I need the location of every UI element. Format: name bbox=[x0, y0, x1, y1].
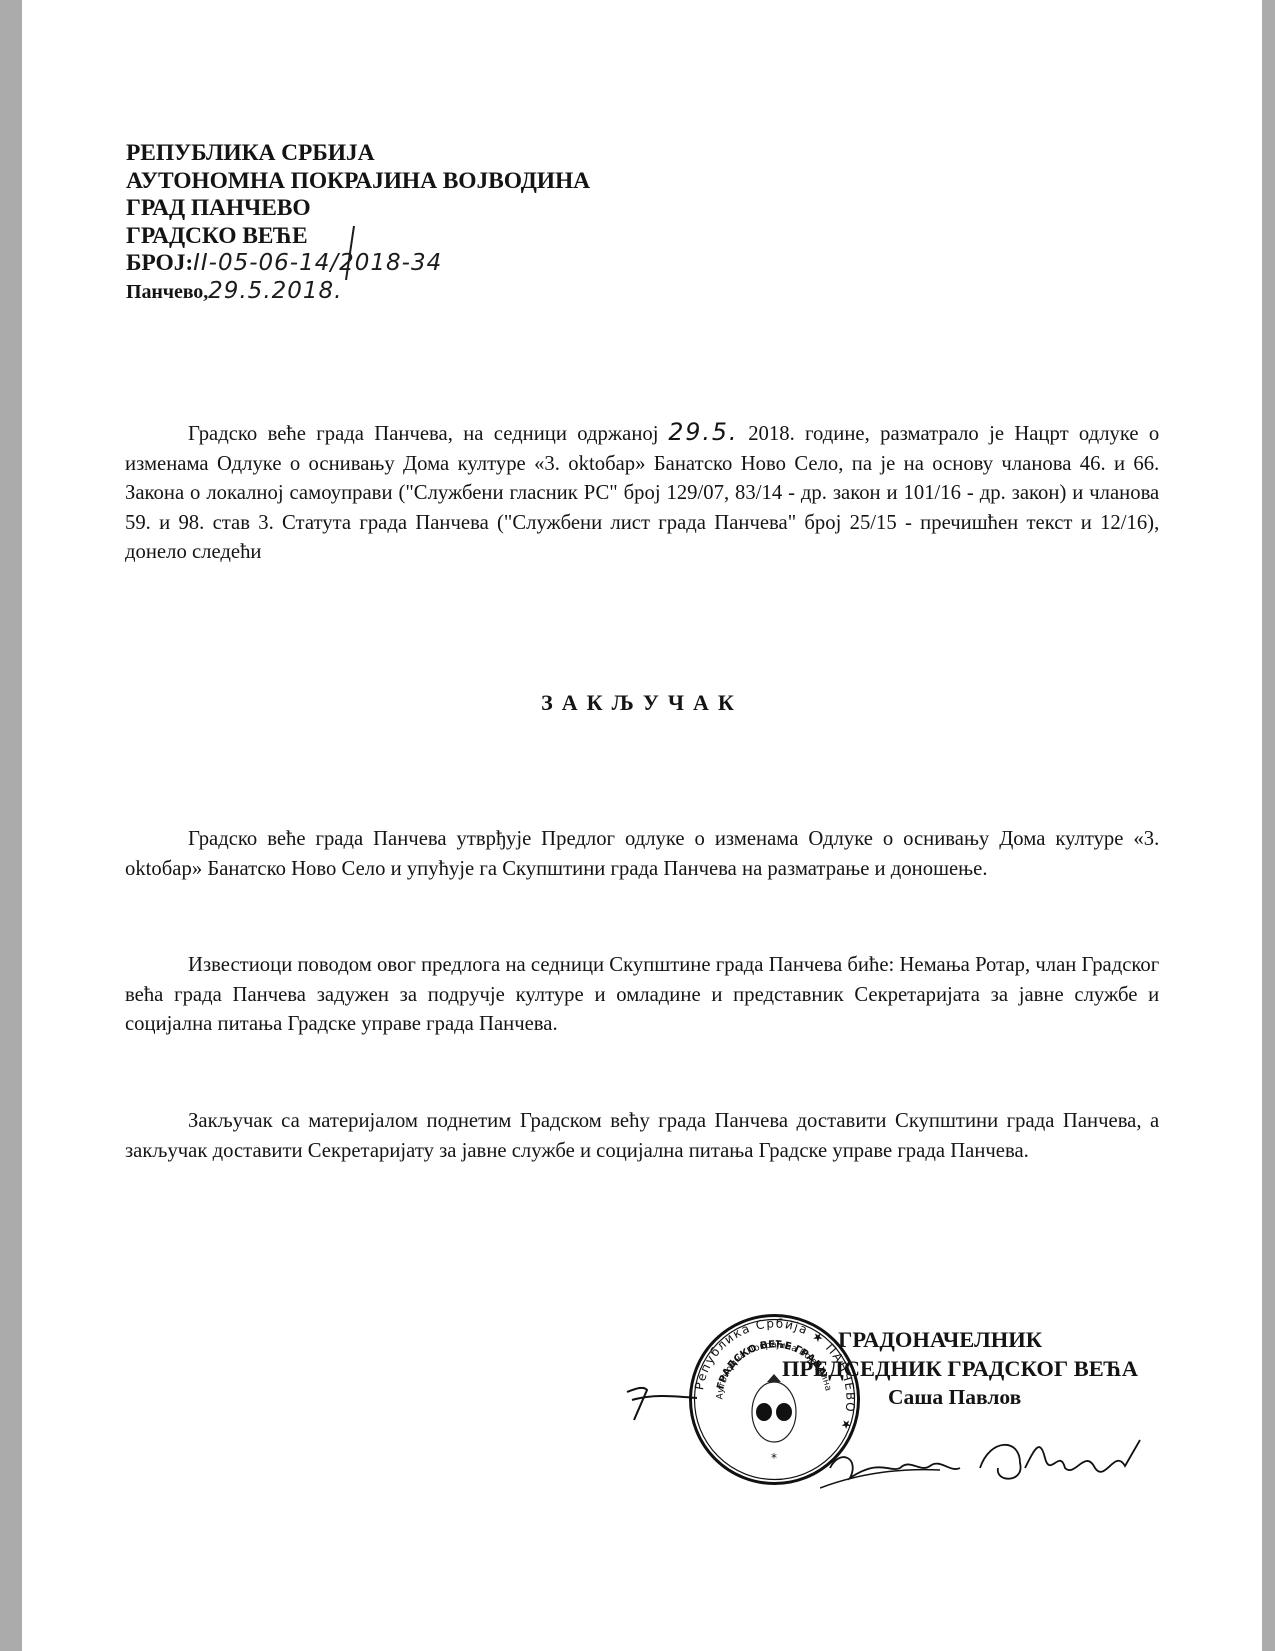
signatory-name: Саша Павлов bbox=[782, 1383, 1138, 1412]
document-page: РЕПУБЛИКА СРБИЈА АУТОНОМНА ПОКРАЈИНА ВОЈ… bbox=[22, 0, 1262, 1651]
document-title: ЗАКЉУЧАК bbox=[22, 690, 1262, 716]
session-date-handwritten: 29.5. bbox=[658, 418, 748, 446]
intro-paragraph: Градско веће града Панчева, на седници о… bbox=[125, 418, 1159, 567]
slash-mark-icon bbox=[340, 224, 360, 284]
place-date-value: 29.5.2018. bbox=[208, 278, 342, 304]
signatory-role-mayor: ГРАДОНАЧЕЛНИК bbox=[782, 1325, 1138, 1354]
conclusion-paragraph-3: Закључак са материјалом поднетим Градско… bbox=[125, 1106, 1159, 1165]
header-line-republic: РЕПУБЛИКА СРБИЈА bbox=[126, 140, 590, 168]
document-number-value: II-05-06-14/2018-34 bbox=[193, 250, 442, 276]
header-line-city: ГРАД ПАНЧЕВО bbox=[126, 195, 590, 223]
conclusion-paragraph-2: Известиоци поводом овог предлога на седн… bbox=[125, 950, 1159, 1039]
handwritten-signature-icon bbox=[820, 1428, 1150, 1498]
signature-block: ГРАДОНАЧЕЛНИК ПРЕДСЕДНИК ГРАДСКОГ ВЕЋА С… bbox=[782, 1325, 1138, 1412]
document-number-label: БРОЈ: bbox=[126, 250, 193, 276]
signatory-role-president: ПРЕДСЕДНИК ГРАДСКОГ ВЕЋА bbox=[782, 1354, 1138, 1383]
conclusion-paragraph-1: Градско веће града Панчева утврђује Пред… bbox=[125, 824, 1159, 883]
place-label: Панчево, bbox=[126, 281, 208, 303]
svg-text:*: * bbox=[771, 1451, 777, 1465]
initials-scribble-icon bbox=[622, 1380, 702, 1430]
header-line-province: АУТОНОМНА ПОКРАЈИНА ВОЈВОДИНА bbox=[126, 168, 590, 196]
intro-text-part1: Градско веће града Панчева, на седници о… bbox=[188, 421, 658, 445]
